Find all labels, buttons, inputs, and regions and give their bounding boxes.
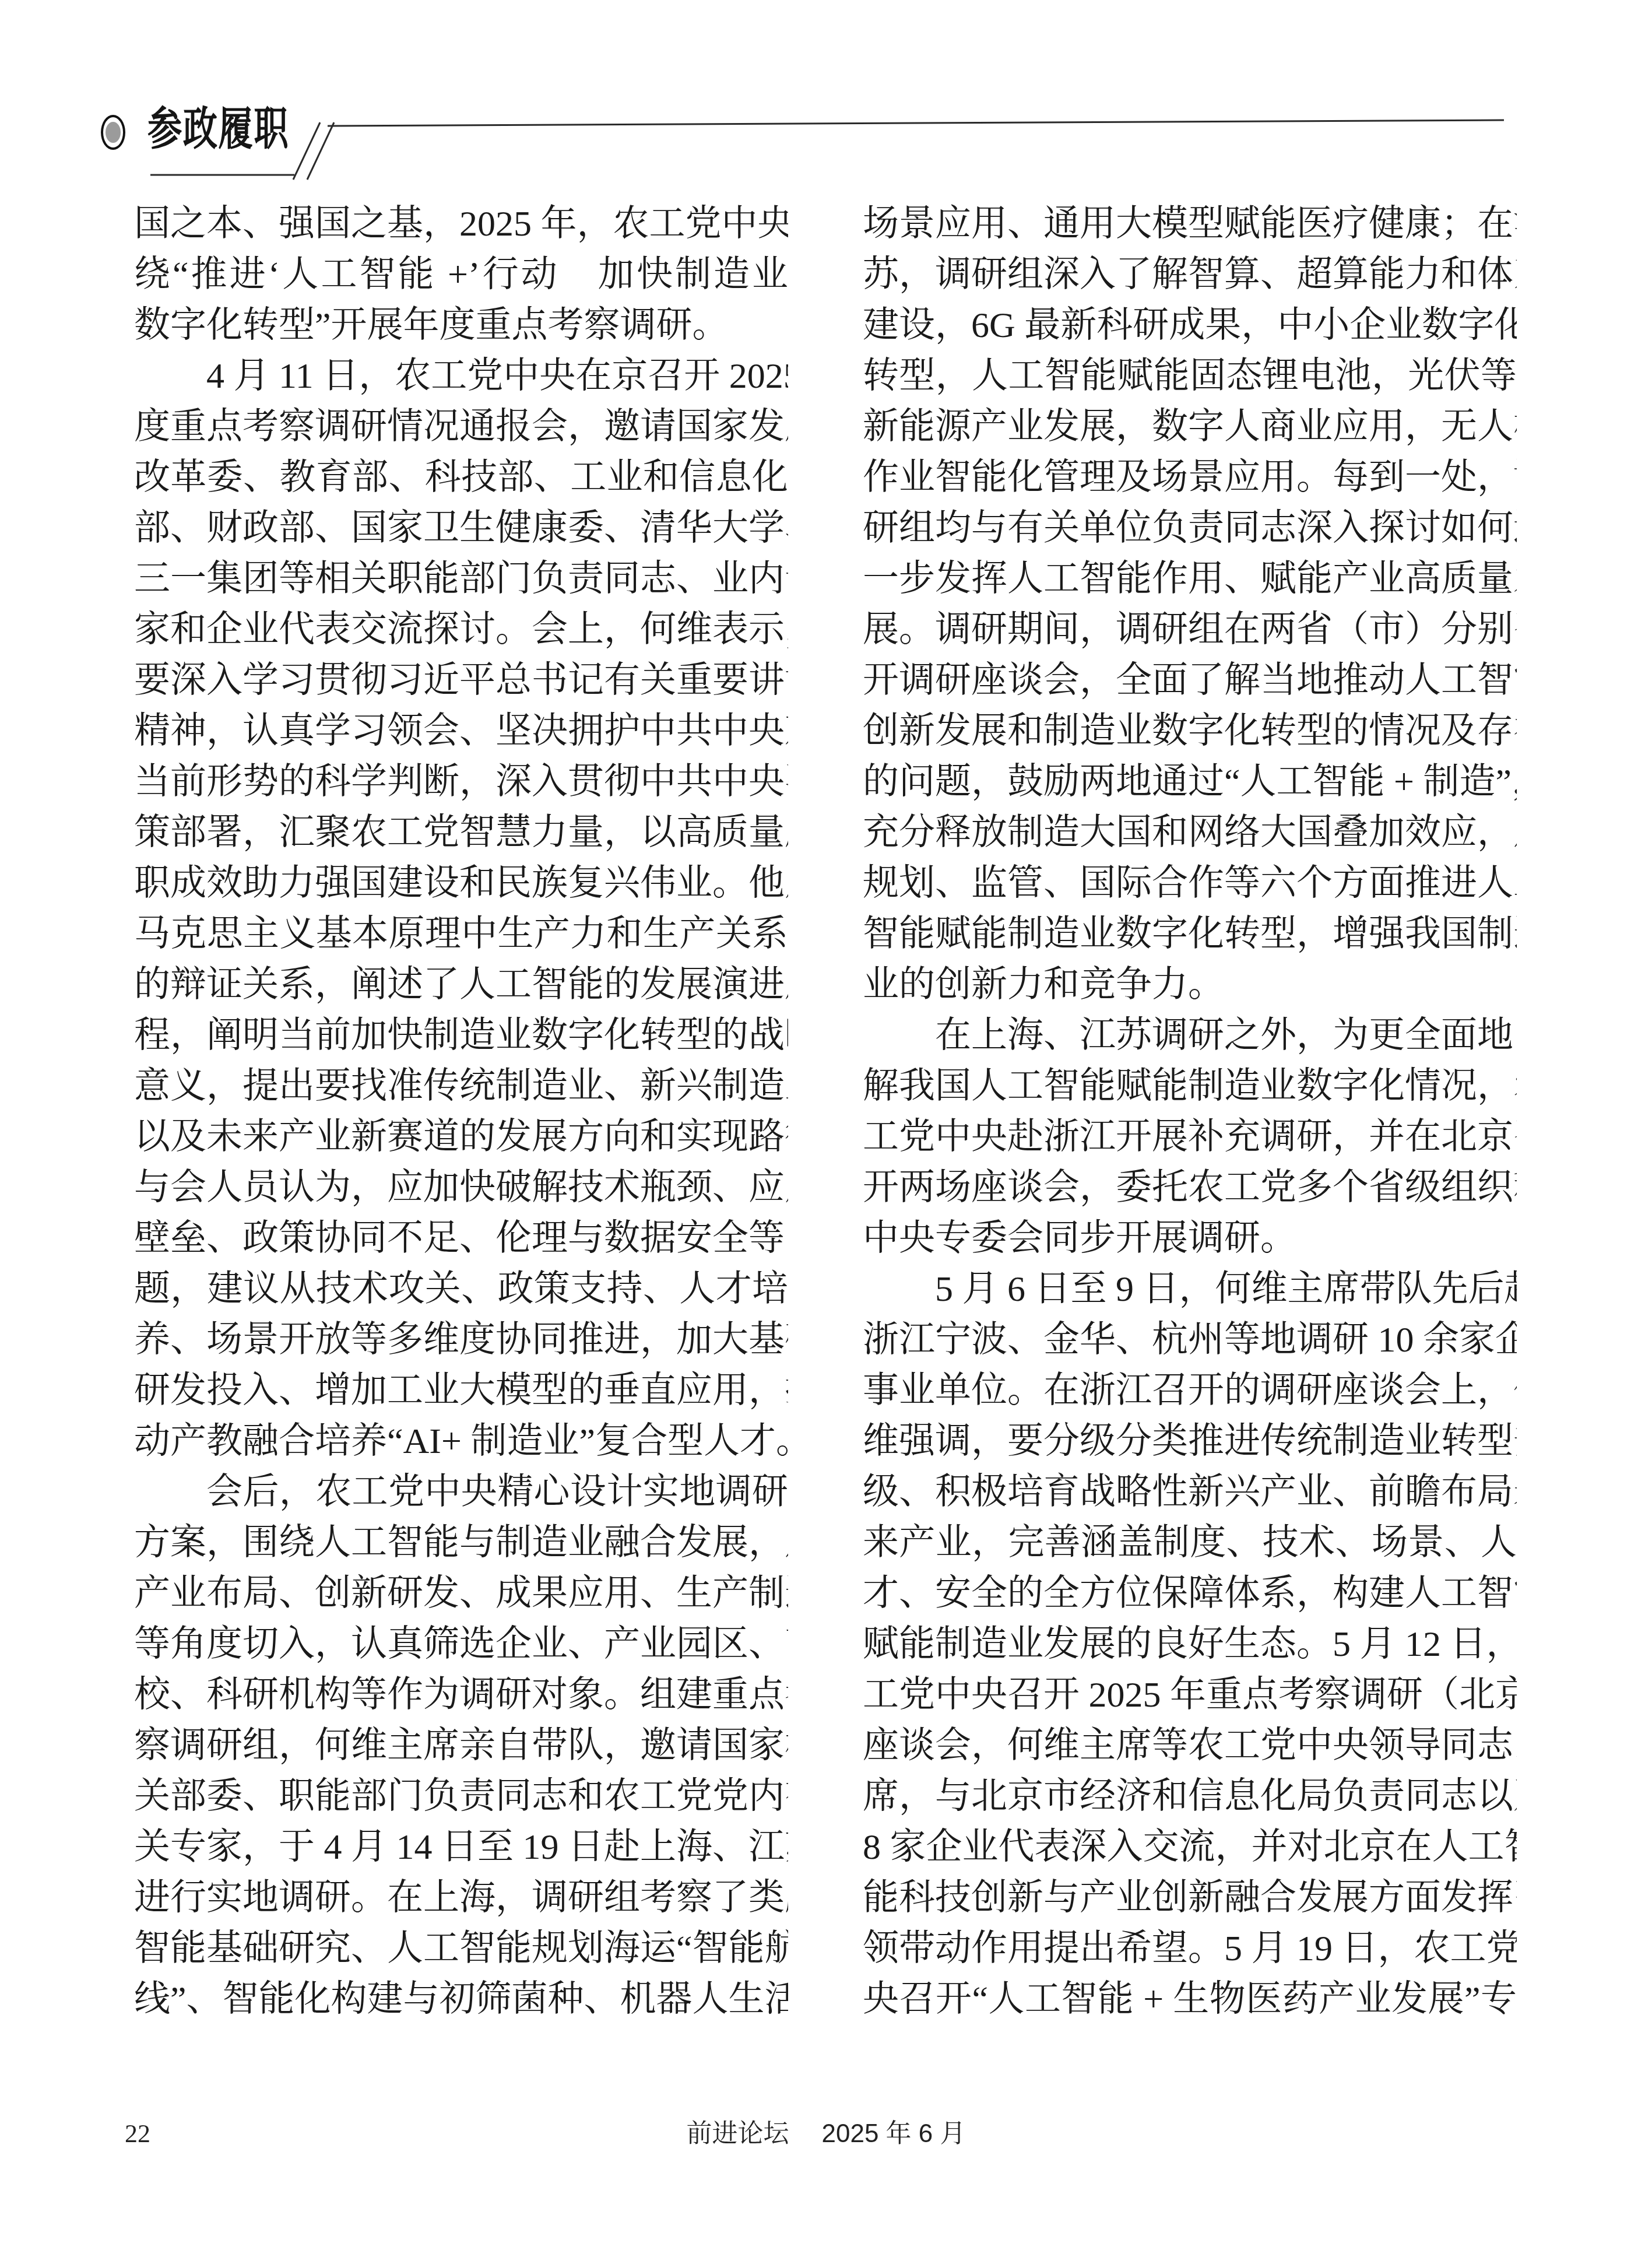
text-line: 线”、智能化构建与初筛菌种、机器人生活 (134, 1974, 788, 2025)
text-line: 国之本、强国之基，2025 年，农工党中央围 (134, 199, 788, 250)
text-line: 三一集团等相关职能部门负责同志、业内专 (134, 554, 788, 605)
text-line: 方案，围绕人工智能与制造业融合发展，从 (134, 1518, 788, 1568)
text-line: 才、安全的全方位保障体系，构建人工智能 (863, 1568, 1517, 1619)
text-line: 程，阐明当前加快制造业数字化转型的战略 (134, 1010, 788, 1061)
footer-journal-line: 前进论坛2025 年 6 月 (0, 2119, 1652, 2149)
text-line: 在上海、江苏调研之外，为更全面地了 (863, 1010, 1517, 1061)
text-line: 席，与北京市经济和信息化局负责同志以及 (863, 1771, 1517, 1822)
text-line: 壁垒、政策协同不足、伦理与数据安全等问 (134, 1213, 788, 1264)
text-line: 领带动作用提出希望。5 月 19 日，农工党中 (863, 1923, 1517, 1974)
text-line: 中央专委会同步开展调研。 (863, 1213, 1517, 1264)
text-line: 关部委、职能部门负责同志和农工党党内有 (134, 1771, 788, 1822)
text-line: 央召开“人工智能 + 生物医药产业发展”专 (863, 1974, 1517, 2025)
text-line: 研组均与有关单位负责同志深入探讨如何进 (863, 503, 1517, 554)
text-line: 马克思主义基本原理中生产力和生产关系 (134, 909, 788, 960)
text-line: 5 月 6 日至 9 日，何维主席带队先后赴 (863, 1264, 1517, 1315)
text-line: 的问题，鼓励两地通过“人工智能 + 制造”， (863, 757, 1517, 808)
text-line: 察调研组，何维主席亲自带队，邀请国家相 (134, 1721, 788, 1771)
text-line: 一步发挥人工智能作用、赋能产业高质量发 (863, 554, 1517, 605)
text-line: 建设，6G 最新科研成果，中小企业数字化 (863, 300, 1517, 351)
text-line: 产业布局、创新研发、成果应用、生产制造 (134, 1568, 788, 1619)
text-line: 级、积极培育战略性新兴产业、前瞻布局未 (863, 1467, 1517, 1518)
text-line: 工党中央赴浙江开展补充调研，并在北京召 (863, 1112, 1517, 1163)
text-line: 能科技创新与产业创新融合发展方面发挥引 (863, 1873, 1517, 1923)
text-line: 校、科研机构等作为调研对象。组建重点考 (134, 1670, 788, 1721)
text-line: 智能赋能制造业数字化转型，增强我国制造 (863, 909, 1517, 960)
text-line: 开调研座谈会，全面了解当地推动人工智能 (863, 655, 1517, 706)
text-line: 的辩证关系，阐述了人工智能的发展演进历 (134, 960, 788, 1010)
text-line: 数字化转型”开展年度重点考察调研。 (134, 300, 788, 351)
text-line: 要深入学习贯彻习近平总书记有关重要讲话 (134, 655, 788, 706)
text-line: 规划、监管、国际合作等六个方面推进人工 (863, 858, 1517, 909)
text-line: 苏，调研组深入了解智算、超算能力和体系 (863, 250, 1517, 300)
text-line: 动产教融合培养“AI+ 制造业”复合型人才。 (134, 1416, 788, 1467)
text-line: 养、场景开放等多维度协同推进，加大基础 (134, 1315, 788, 1366)
text-line: 当前形势的科学判断，深入贯彻中共中央决 (134, 757, 788, 808)
text-line: 会后，农工党中央精心设计实地调研 (134, 1467, 788, 1518)
text-line: 业的创新力和竞争力。 (863, 960, 1517, 1010)
text-line: 维强调，要分级分类推进传统制造业转型升 (863, 1416, 1517, 1467)
text-line: 座谈会，何维主席等农工党中央领导同志出 (863, 1721, 1517, 1771)
text-line: 绕“推进‘人工智能 +’行动 加快制造业 (134, 250, 788, 300)
text-line: 策部署，汇聚农工党智慧力量，以高质量履 (134, 808, 788, 858)
text-line: 工党中央召开 2025 年重点考察调研（北京） (863, 1670, 1517, 1721)
text-line: 展。调研期间，调研组在两省（市）分别召 (863, 605, 1517, 655)
text-line: 以及未来产业新赛道的发展方向和实现路径。 (134, 1112, 788, 1163)
text-line: 浙江宁波、金华、杭州等地调研 10 余家企 (863, 1315, 1517, 1366)
article-column-right: 场景应用、通用大模型赋能医疗健康；在江苏，调研组深入了解智算、超算能力和体系建设… (863, 199, 1517, 2030)
article-column-left: 国之本、强国之基，2025 年，农工党中央围绕“推进‘人工智能 +’行动 加快制… (134, 199, 788, 2030)
text-line: 场景应用、通用大模型赋能医疗健康；在江 (863, 199, 1517, 250)
text-line: 等角度切入，认真筛选企业、产业园区、高 (134, 1619, 788, 1670)
text-line: 职成效助力强国建设和民族复兴伟业。他用 (134, 858, 788, 909)
text-line: 意义，提出要找准传统制造业、新兴制造业 (134, 1061, 788, 1112)
text-line: 解我国人工智能赋能制造业数字化情况，农 (863, 1061, 1517, 1112)
text-line: 精神，认真学习领会、坚决拥护中共中央对 (134, 706, 788, 757)
header-rule-decoration (0, 0, 1652, 198)
text-line: 来产业，完善涵盖制度、技术、场景、人 (863, 1518, 1517, 1568)
text-line: 8 家企业代表深入交流，并对北京在人工智 (863, 1822, 1517, 1873)
text-line: 作业智能化管理及场景应用。每到一处，调 (863, 452, 1517, 503)
text-line: 研发投入、增加工业大模型的垂直应用，推 (134, 1366, 788, 1416)
text-line: 转型，人工智能赋能固态锂电池，光伏等 (863, 351, 1517, 402)
text-line: 题，建议从技术攻关、政策支持、人才培 (134, 1264, 788, 1315)
issue-date: 2025 年 6 月 (821, 2119, 965, 2148)
text-line: 改革委、教育部、科技部、工业和信息化 (134, 452, 788, 503)
text-line: 充分释放制造大国和网络大国叠加效应，从 (863, 808, 1517, 858)
text-line: 新能源产业发展，数字人商业应用，无人机 (863, 402, 1517, 452)
text-line: 智能基础研究、人工智能规划海运“智能航 (134, 1923, 788, 1974)
text-line: 度重点考察调研情况通报会，邀请国家发展 (134, 402, 788, 452)
text-line: 进行实地调研。在上海，调研组考察了类脑 (134, 1873, 788, 1923)
text-line: 创新发展和制造业数字化转型的情况及存在 (863, 706, 1517, 757)
text-line: 开两场座谈会，委托农工党多个省级组织和 (863, 1163, 1517, 1213)
text-line: 赋能制造业发展的良好生态。5 月 12 日，农 (863, 1619, 1517, 1670)
text-line: 家和企业代表交流探讨。会上，何维表示， (134, 605, 788, 655)
text-line: 部、财政部、国家卫生健康委、清华大学、 (134, 503, 788, 554)
text-line: 关专家，于 4 月 14 日至 19 日赴上海、江苏 (134, 1822, 788, 1873)
text-line: 事业单位。在浙江召开的调研座谈会上，何 (863, 1366, 1517, 1416)
text-line: 与会人员认为，应加快破解技术瓶颈、应用 (134, 1163, 788, 1213)
text-line: 4 月 11 日，农工党中央在京召开 2025 年 (134, 351, 788, 402)
magazine-page: { "header": { "section_title": "参政履职" },… (0, 0, 1652, 2243)
journal-name: 前进论坛 (686, 2119, 789, 2148)
